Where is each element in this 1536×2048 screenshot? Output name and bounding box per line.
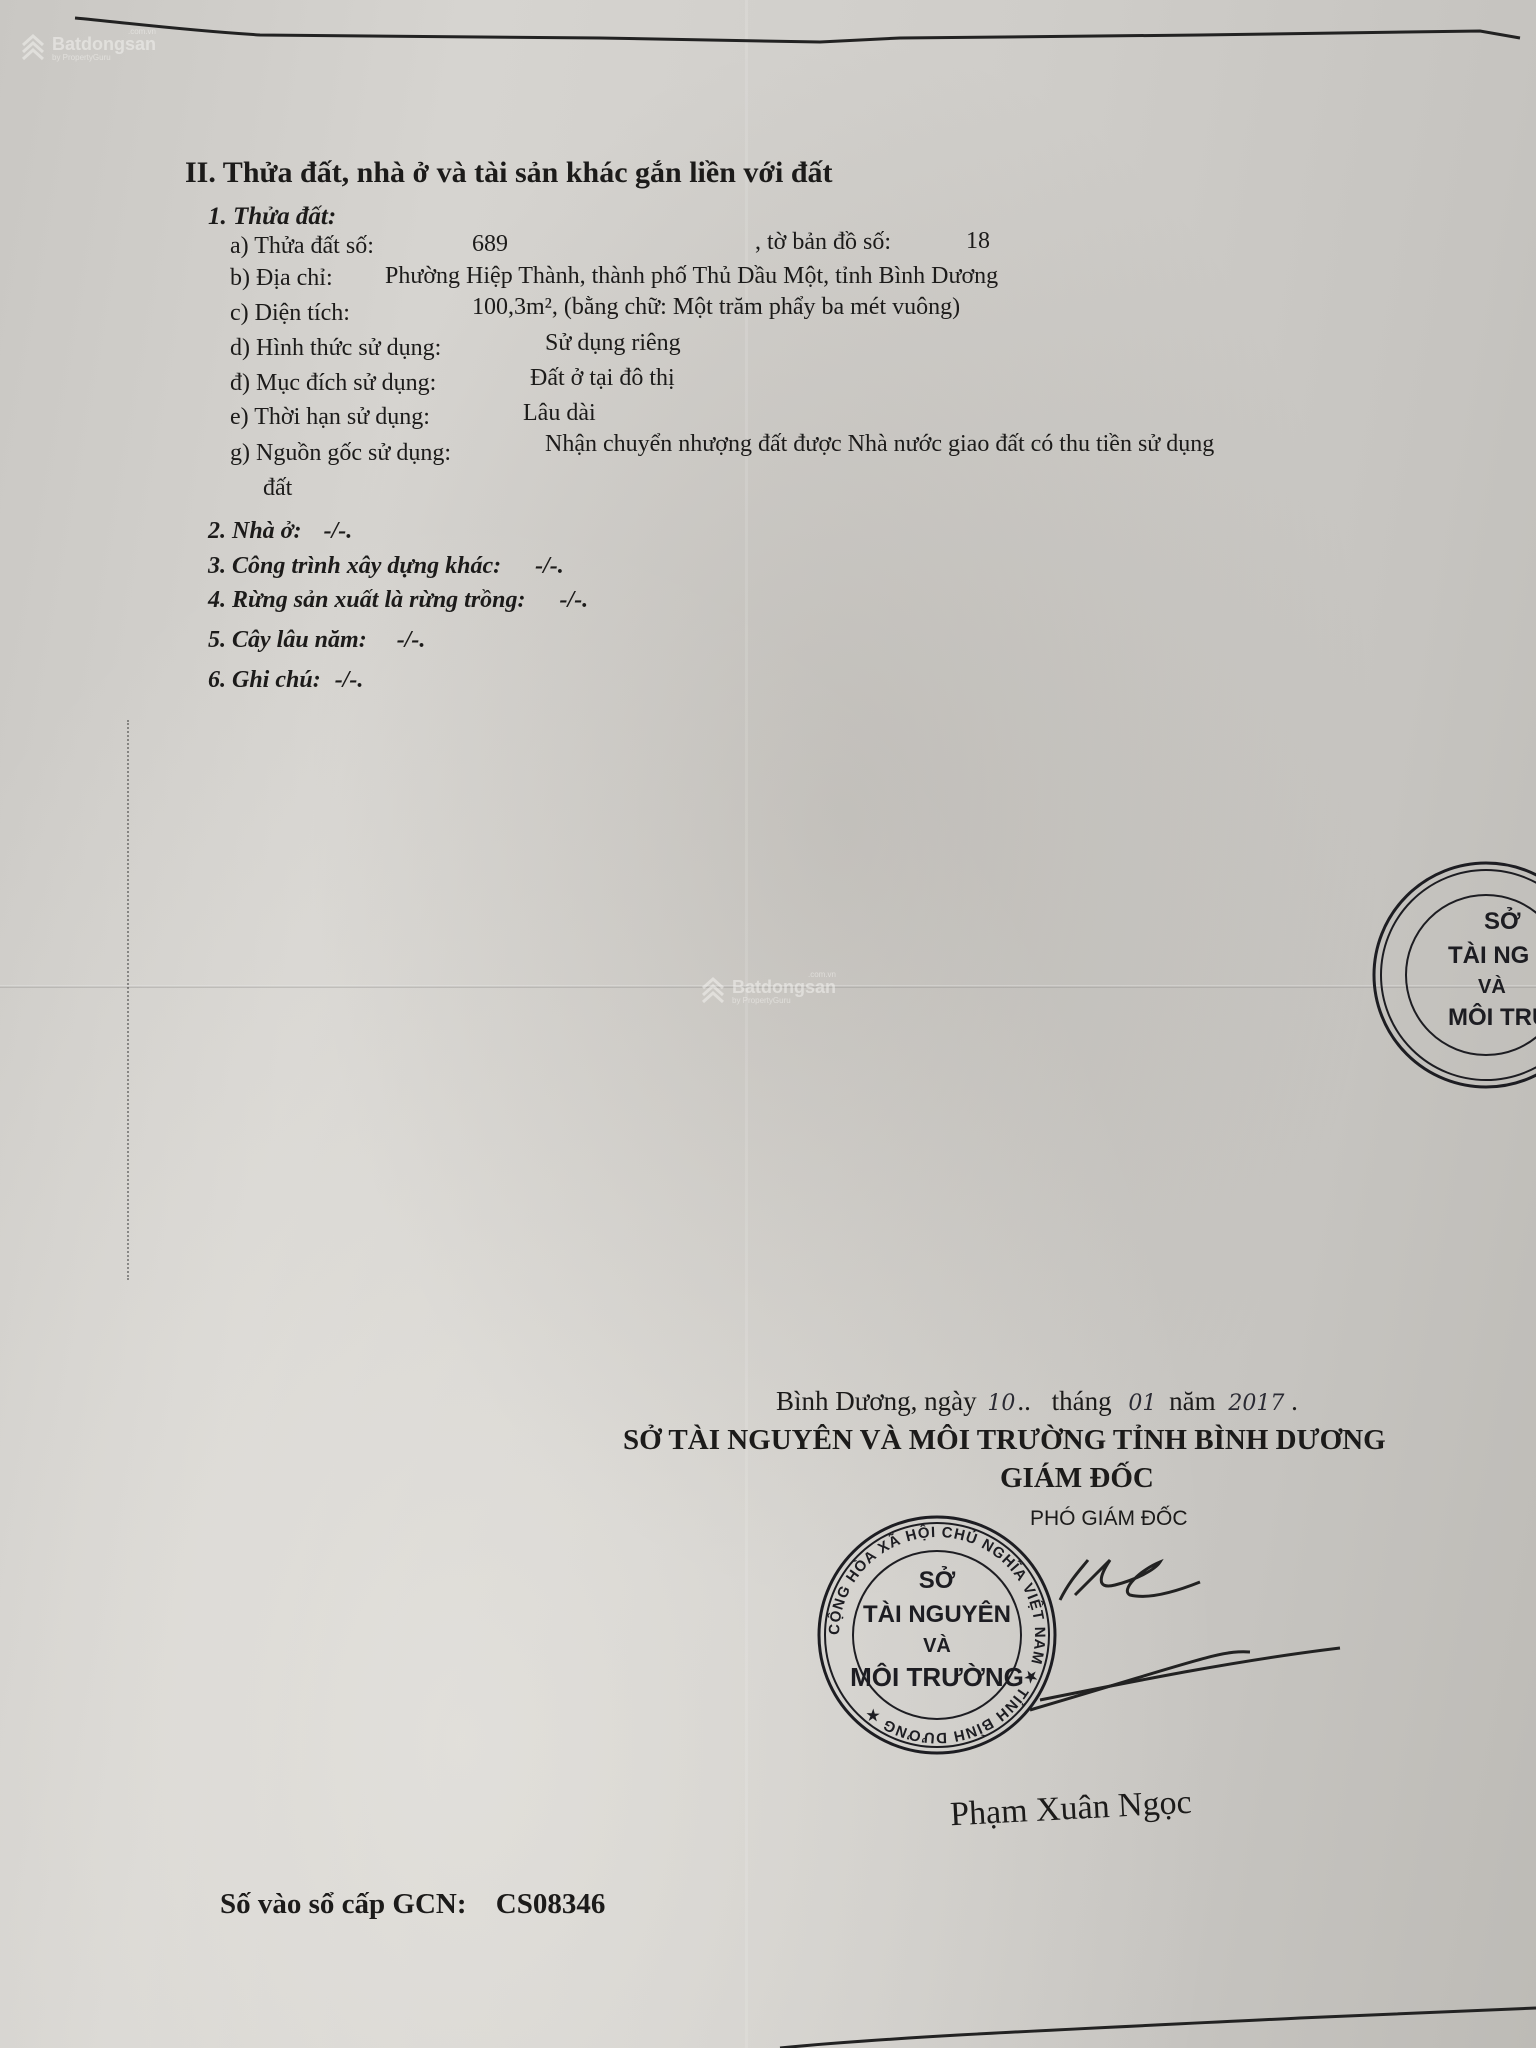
usage-form-value: Sử dụng riêng [545,330,681,357]
parcel-no-label: a) Thửa đất số: [230,233,374,260]
official-seal-stamp-icon: CỘNG HÒA XÃ HỘI CHỦ NGHĨA VIỆT NAM ★ TỈN… [812,1510,1062,1760]
land-parcel-heading: 1. Thửa đất: [208,203,336,231]
purpose-value: Đất ở tại đô thị [530,365,675,392]
director-title: GIÁM ĐỐC [1000,1462,1154,1495]
item-other-construction: 3. Công trình xây dựng khác:-/-. [208,553,564,580]
watermark-domain: .com.vn [808,970,836,979]
date-line: Bình Dương, ngày 10.. tháng 01 năm 2017 … [776,1386,1298,1417]
map-sheet-label: , tờ bản đồ số: [755,229,891,256]
watermark-brand: Batdongsan [52,35,156,53]
address-value: Phường Hiệp Thành, thành phố Thủ Dầu Một… [385,263,998,290]
registry-label: Số vào sổ cấp GCN: [220,1888,467,1920]
svg-text:TÀI NG: TÀI NG [1448,941,1529,969]
batdongsan-logo-icon [700,976,726,1006]
area-label: c) Diện tích: [230,300,350,327]
side-seal: SỞ TÀI NG VÀ MÔI TRƯ [1360,855,1536,1095]
margin-marks [127,720,132,1280]
purpose-label: đ) Mục đích sử dụng: [230,370,436,397]
svg-text:MÔI TRƯ: MÔI TRƯ [1448,1003,1536,1031]
watermark: .com.vn Batdongsan by PropertyGuru [20,33,156,63]
svg-text:VÀ: VÀ [1478,975,1506,998]
watermark-byline: by PropertyGuru [732,996,836,1005]
section-title: II. Thửa đất, nhà ở và tài sản khác gắn … [185,156,833,190]
signer-name: Phạm Xuân Ngọc [949,1784,1192,1835]
date-month-label: tháng [1052,1386,1112,1416]
watermark-domain: .com.vn [128,27,156,36]
item-perennial-trees: 5. Cây lâu năm:-/-. [208,627,425,654]
item-notes: 6. Ghi chú:-/-. [208,667,363,694]
batdongsan-logo-icon [20,33,46,63]
watermark-byline: by PropertyGuru [52,53,156,62]
svg-text:SỞ: SỞ [1484,906,1521,935]
usage-form-label: d) Hình thức sử dụng: [230,335,441,362]
origin-value-cont: đất [263,475,292,502]
address-label: b) Địa chỉ: [230,265,333,292]
date-year: 2017 [1228,1391,1284,1416]
date-prefix: Bình Dương, ngày [776,1386,977,1416]
item-planted-forest: 4. Rừng sản xuất là rừng trồng:-/-. [208,587,588,614]
registry-value: CS08346 [496,1888,606,1920]
date-year-label: năm [1169,1386,1216,1416]
origin-value: Nhận chuyển nhượng đất được Nhà nước gia… [545,431,1214,458]
signature-icon [1040,1540,1360,1740]
registry-line: Số vào sổ cấp GCN: CS08346 [220,1888,605,1921]
side-seal-stamp-icon: SỞ TÀI NG VÀ MÔI TRƯ [1366,855,1536,1095]
svg-text:SỞ: SỞ [919,1565,956,1594]
bottom-border-line [0,1990,1536,2048]
term-value: Lâu dài [523,400,596,427]
item-house: 2. Nhà ở:-/-. [208,518,352,545]
date-month: 01 [1128,1391,1156,1416]
svg-text:MÔI TRƯỜNG: MÔI TRƯỜNG [850,1662,1024,1692]
issuing-authority: SỞ TÀI NGUYÊN VÀ MÔI TRƯỜNG TỈNH BÌNH DƯ… [623,1424,1386,1457]
watermark-brand: Batdongsan [732,978,836,996]
origin-label: g) Nguồn gốc sử dụng: [230,440,451,467]
date-day: 10 [987,1391,1015,1416]
term-label: e) Thời hạn sử dụng: [230,404,430,431]
svg-text:TÀI NGUYÊN: TÀI NGUYÊN [863,1600,1011,1628]
watermark: .com.vn Batdongsan by PropertyGuru [700,976,836,1006]
area-value: 100,3m², (bằng chữ: Một trăm phẩy ba mét… [472,294,960,321]
map-sheet-value: 18 [966,228,990,255]
svg-text:VÀ: VÀ [923,1634,951,1657]
parcel-no-value: 689 [472,231,508,258]
top-border-line [0,0,1536,60]
